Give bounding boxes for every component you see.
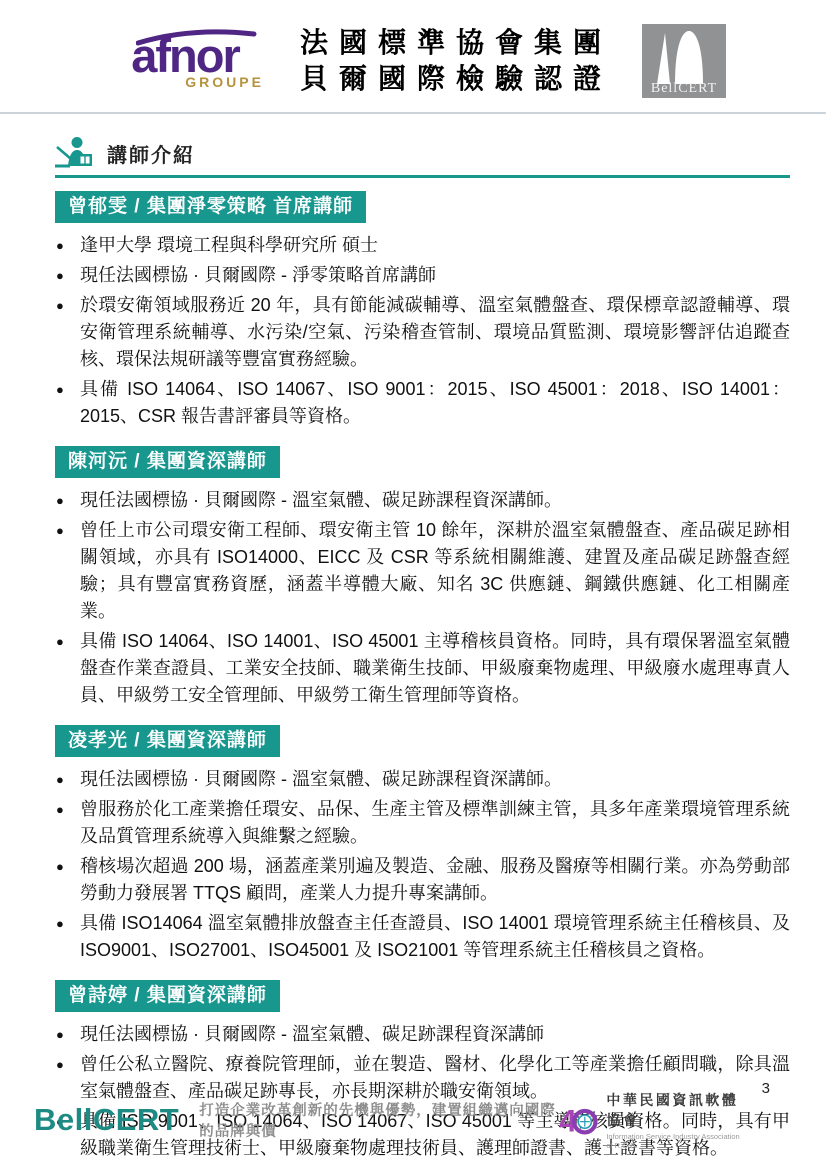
instructor-bullet: 曾任上市公司環安衛工程師、環安衛主管 10 餘年，深耕於溫室氣體盤查、產品碳足跡…: [55, 517, 790, 625]
instructor-block: 凌孝光 / 集團資深講師 現任法國標協 · 貝爾國際 - 溫室氣體、碳足跡課程資…: [55, 712, 790, 964]
section-title: 講師介紹: [107, 139, 195, 168]
instructor-badge: 陳河沅 / 集團資深講師: [55, 446, 280, 478]
page-number: 3: [762, 1080, 770, 1097]
isia-40-logo: 4: [560, 1100, 598, 1140]
instructor-badge: 凌孝光 / 集團資深講師: [55, 725, 280, 757]
document-title: 法國標準協會集團 貝爾國際檢驗認證: [300, 25, 612, 97]
title-line-1: 法國標準協會集團: [300, 25, 612, 61]
afnor-arc-stroke: [136, 26, 258, 46]
instructor-bullet-list: 逢甲大學 環境工程與科學研究所 碩士 現任法國標協 · 貝爾國際 - 淨零策略首…: [55, 232, 790, 430]
section-header: 講師介紹: [55, 136, 790, 168]
instructor-badge: 曾郁雯 / 集團淨零策略 首席講師: [55, 191, 366, 223]
instructor-bullet: 具備 ISO 14064、ISO 14067、ISO 9001：2015、ISO…: [55, 376, 790, 430]
afnor-logo: afnor GROUPE: [100, 32, 270, 90]
instructor-bullet: 現任法國標協 · 貝爾國際 - 溫室氣體、碳足跡課程資深講師。: [55, 487, 790, 514]
instructor-bullet: 現任法國標協 · 貝爾國際 - 溫室氣體、碳足跡課程資深講師。: [55, 766, 790, 793]
instructor-bullet: 於環安衛領域服務近 20 年，具有節能減碳輔導、溫室氣體盤查、環保標章認證輔導、…: [55, 292, 790, 373]
instructor-bullet: 現任法國標協 · 貝爾國際 - 淨零策略首席講師: [55, 262, 790, 289]
title-line-2: 貝爾國際檢驗認證: [300, 61, 612, 97]
header-divider: [0, 112, 826, 114]
instructor-block: 曾郁雯 / 集團淨零策略 首席講師 逢甲大學 環境工程與科學研究所 碩士 現任法…: [55, 178, 790, 430]
instructor-bullet: 曾服務於化工產業擔任環安、品保、生產主管及標準訓練主管，具多年產業環境管理系統及…: [55, 796, 790, 850]
isia-name-zh: 中華民國資訊軟體協會: [606, 1090, 744, 1130]
page-header: afnor GROUPE 法國標準協會集團 貝爾國際檢驗認證 BellCERT: [0, 0, 826, 104]
bellcert-logo: BellCERT: [642, 24, 726, 98]
instructor-bullet-list: 現任法國標協 · 貝爾國際 - 溫室氣體、碳足跡課程資深講師。 曾任上市公司環安…: [55, 487, 790, 709]
instructor-bullet: 現任法國標協 · 貝爾國際 - 溫室氣體、碳足跡課程資深講師: [55, 1021, 790, 1048]
instructor-bullet: 具備 ISO 14064、ISO 14001、ISO 45001 主導稽核員資格…: [55, 628, 790, 709]
page-footer: BellCERT 打造企業改革創新的先機與優勢，建置組織邁向國際的品牌與價 4 …: [34, 1091, 792, 1149]
instructor-bullet: 稽核場次超過 200 場，涵蓋產業別遍及製造、金融、服務及醫療等相關行業。亦為勞…: [55, 853, 790, 907]
instructor-block: 陳河沅 / 集團資深講師 現任法國標協 · 貝爾國際 - 溫室氣體、碳足跡課程資…: [55, 433, 790, 709]
bellcert-footer-wordmark: BellCERT: [34, 1102, 179, 1138]
instructor-bullet: 具備 ISO14064 溫室氣體排放盤查主任查證員、ISO 14001 環境管理…: [55, 910, 790, 964]
bellcert-logo-text: BellCERT: [651, 81, 717, 96]
footer-tagline: 打造企業改革創新的先機與優勢，建置組織邁向國際的品牌與價: [199, 1099, 560, 1141]
isia-block: 4 中華民國資訊軟體協會 Information Service Industr…: [560, 1090, 744, 1150]
isia-name-en: Information Service Industry Association…: [606, 1132, 744, 1150]
instructor-badge: 曾詩婷 / 集團資深講師: [55, 980, 280, 1012]
afnor-groupe-label: GROUPE: [100, 74, 270, 90]
presenter-icon: [55, 136, 95, 168]
isia-text: 中華民國資訊軟體協會 Information Service Industry …: [606, 1090, 744, 1150]
instructor-bullet-list: 現任法國標協 · 貝爾國際 - 溫室氣體、碳足跡課程資深講師。 曾服務於化工產業…: [55, 766, 790, 964]
instructor-bullet: 逢甲大學 環境工程與科學研究所 碩士: [55, 232, 790, 259]
document-page: afnor GROUPE 法國標準協會集團 貝爾國際檢驗認證 BellCERT: [0, 0, 826, 1169]
instructor-section: 講師介紹 曾郁雯 / 集團淨零策略 首席講師 逢甲大學 環境工程與科學研究所 碩…: [55, 136, 790, 1162]
